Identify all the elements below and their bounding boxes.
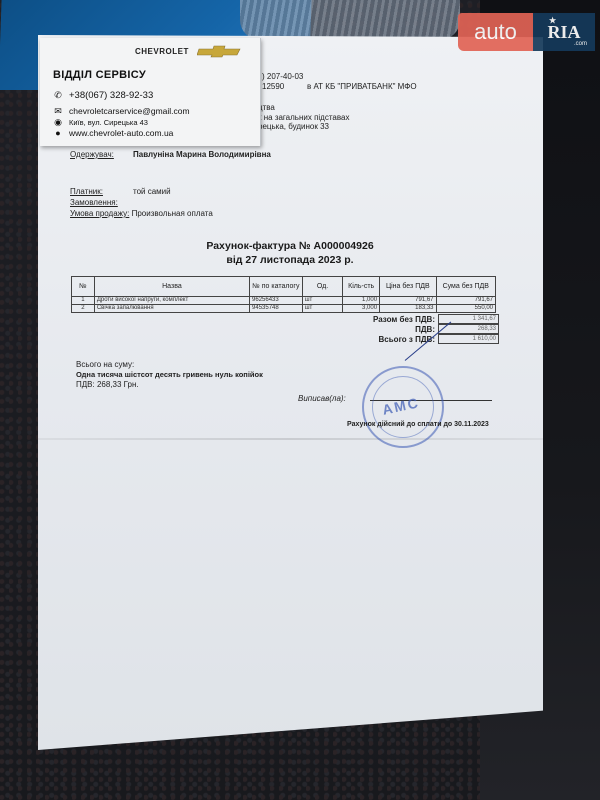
terms-value: Произвольная оплата	[132, 209, 213, 218]
supplier-bank: в АТ КБ "ПРИВАТБАНК" МФО	[307, 82, 417, 91]
card-address: Київ, вул. Сирецька 43	[69, 118, 148, 127]
card-address-row: ◉ Київ, вул. Сирецька 43	[53, 117, 148, 127]
card-phone: +38(067) 328-92-33	[69, 90, 153, 101]
row-catalog: 94535748	[250, 305, 303, 313]
row-number: 1	[72, 297, 95, 305]
col-catalog: № по каталогу	[250, 277, 303, 297]
table-row: 1 Дроти високої напруги, комплект 962564…	[72, 297, 496, 305]
recipient-label: Одержувач:	[70, 150, 114, 159]
business-card: CHEVROLET ВІДДІЛ СЕРВІСУ ✆ +38(067) 328-…	[40, 38, 261, 146]
supplier-phone: ) 207-40-03	[262, 72, 303, 81]
issued-by-label: Виписав(ла):	[298, 394, 346, 403]
logo-com-text: .com	[574, 41, 587, 47]
col-price: Ціна без ПДВ	[380, 277, 436, 297]
stamp-text: АМС	[381, 394, 421, 418]
card-website-row: ● www.chevrolet-auto.com.ua	[53, 128, 173, 138]
row-catalog: 96256433	[250, 297, 303, 305]
globe-icon: ●	[53, 128, 63, 138]
col-qty: Кіль-сть	[343, 277, 380, 297]
subtotal-value: 1 341,67	[438, 314, 499, 324]
row-qty: 1,000	[343, 297, 380, 305]
table-header-row: № Назва № по каталогу Од. Кіль-сть Ціна …	[72, 277, 496, 297]
card-phone-row: ✆ +38(067) 328-92-33	[53, 90, 153, 101]
recipient-value: Павлуніна Марина Володимирівна	[133, 150, 271, 159]
auto-ria-logo: auto ★ RIA .com	[458, 13, 595, 51]
totals-block: Разом без ПДВ: 1 341,67 ПДВ: 268,33 Всьо…	[330, 314, 499, 344]
row-name: Дроти високої напруги, комплект	[94, 297, 249, 305]
items-table: № Назва № по каталогу Од. Кіль-сть Ціна …	[71, 276, 496, 313]
col-number: №	[72, 277, 95, 297]
payer-label: Платник:	[70, 187, 103, 196]
row-unit: шт	[302, 297, 343, 305]
vat-label: ПДВ:	[330, 325, 438, 334]
logo-auto-part: auto	[458, 13, 533, 51]
row-price: 183,33	[380, 305, 436, 313]
col-unit: Од.	[302, 277, 343, 297]
row-number: 2	[72, 305, 95, 313]
background-car-grille	[240, 0, 460, 40]
logo-ria-part: ★ RIA .com	[533, 13, 595, 51]
payer-value: той самий	[133, 187, 171, 196]
card-email-row: ✉ chevroletcarservice@gmail.com	[53, 106, 190, 116]
total-value: 1 610,00	[438, 334, 499, 344]
row-name: Свічка запалювання	[94, 305, 249, 313]
valid-until: Рахунок дійсний до сплати до 30.11.2023	[347, 421, 489, 428]
invoice-number: Рахунок-фактура № А000004926	[170, 239, 410, 253]
total-label: Всього з ПДВ:	[330, 335, 438, 344]
paper-fold-line	[38, 438, 543, 440]
invoice-title-block: Рахунок-фактура № А000004926 від 27 лист…	[170, 239, 410, 267]
row-unit: шт	[302, 305, 343, 313]
mail-icon: ✉	[53, 106, 63, 116]
row-sum: 791,67	[436, 297, 495, 305]
amount-in-words: Одна тисяча шістсот десять гривень нуль …	[76, 370, 263, 379]
subtotal-label: Разом без ПДВ:	[330, 315, 438, 324]
row-price: 791,67	[380, 297, 436, 305]
row-qty: 3,000	[343, 305, 380, 313]
card-website: www.chevrolet-auto.com.ua	[69, 128, 173, 138]
supplier-address: рецька, будинок 33	[258, 122, 329, 131]
card-email: chevroletcarservice@gmail.com	[69, 106, 190, 116]
invoice-date: від 27 листопада 2023 р.	[170, 253, 410, 267]
vat-summary: ПДВ: 268,33 Грн.	[76, 380, 139, 389]
col-name: Назва	[94, 277, 249, 297]
phone-icon: ✆	[53, 91, 63, 101]
summary-label: Всього на суму:	[76, 360, 134, 369]
supplier-tax-status: к на загальних підставах	[258, 113, 349, 122]
terms-label: Умова продажу:	[70, 209, 129, 218]
card-title: ВІДДІЛ СЕРВІСУ	[53, 69, 146, 81]
company-stamp: АМС	[362, 366, 444, 448]
row-sum: 550,00	[436, 305, 495, 313]
order-label: Замовлення:	[70, 198, 118, 207]
supplier-account: 12590	[262, 82, 284, 91]
table-row: 2 Свічка запалювання 94535748 шт 3,000 1…	[72, 305, 496, 313]
location-pin-icon: ◉	[53, 117, 63, 127]
star-icon: ★	[549, 16, 556, 25]
chevrolet-bowtie-icon	[197, 45, 242, 58]
col-sum: Сума без ПДВ	[436, 277, 495, 297]
card-brand: CHEVROLET	[135, 47, 189, 56]
